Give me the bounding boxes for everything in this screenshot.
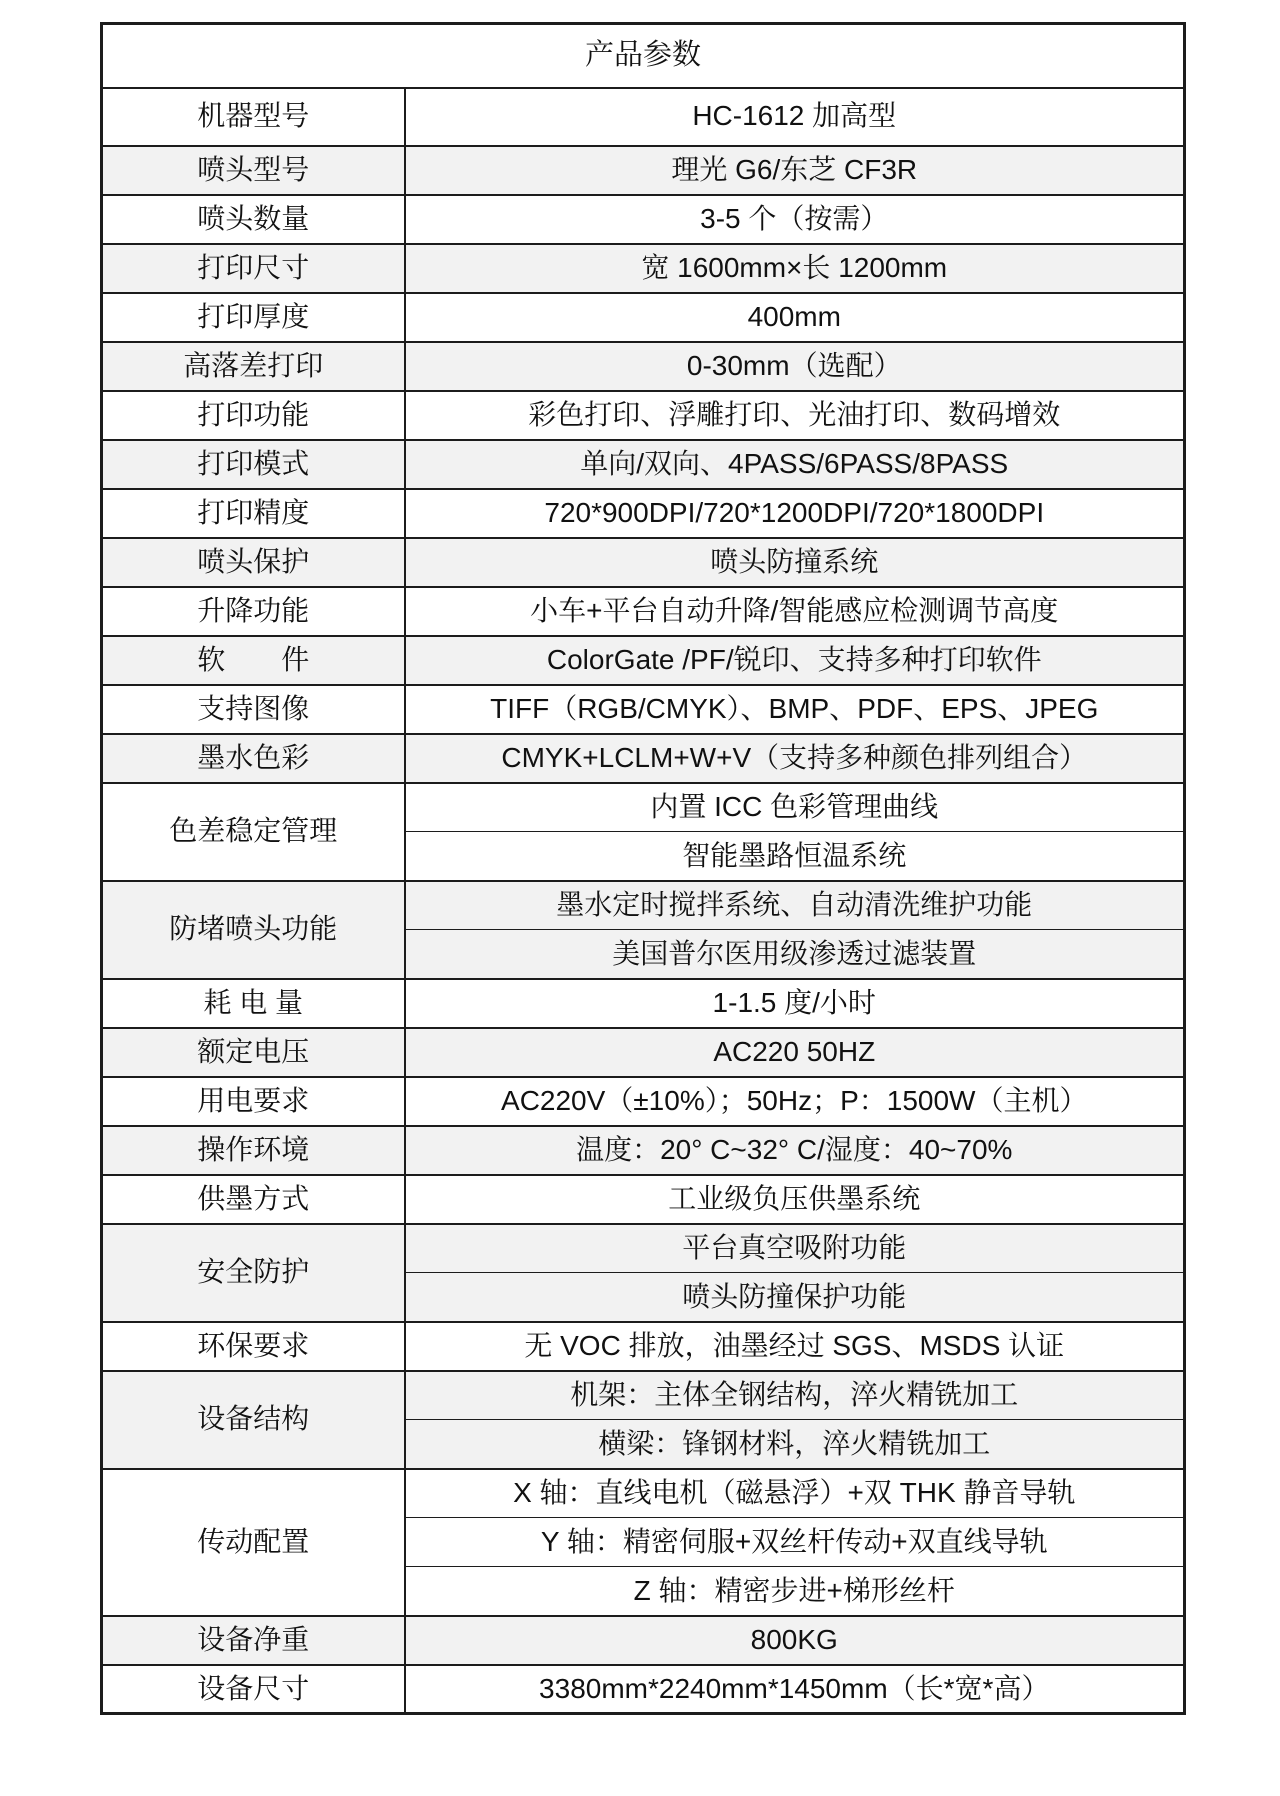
spec-label: 用电要求 xyxy=(102,1077,405,1126)
spec-label: 安全防护 xyxy=(102,1224,405,1322)
spec-row: 支持图像TIFF（RGB/CMYK）、BMP、PDF、EPS、JPEG xyxy=(102,685,1185,734)
spec-label: 高落差打印 xyxy=(102,342,405,391)
spec-row: 喷头型号理光 G6/东芝 CF3R xyxy=(102,146,1185,195)
spec-value: 彩色打印、浮雕打印、光油打印、数码增效 xyxy=(405,391,1185,440)
spec-value: TIFF（RGB/CMYK）、BMP、PDF、EPS、JPEG xyxy=(405,685,1185,734)
page: 产品参数 机器型号HC-1612 加高型喷头型号理光 G6/东芝 CF3R喷头数… xyxy=(0,0,1280,1796)
spec-label: 打印功能 xyxy=(102,391,405,440)
spec-row: 高落差打印0-30mm（选配） xyxy=(102,342,1185,391)
spec-row: 设备结构机架：主体全钢结构，淬火精铣加工 xyxy=(102,1371,1185,1420)
spec-value: 1-1.5 度/小时 xyxy=(405,979,1185,1028)
spec-value: AC220V（±10%）；50Hz；P：1500W（主机） xyxy=(405,1077,1185,1126)
spec-value: 400mm xyxy=(405,293,1185,342)
spec-row: 打印模式单向/双向、4PASS/6PASS/8PASS xyxy=(102,440,1185,489)
spec-value: 喷头防撞系统 xyxy=(405,538,1185,587)
spec-value: 单向/双向、4PASS/6PASS/8PASS xyxy=(405,440,1185,489)
spec-value: 智能墨路恒温系统 xyxy=(405,832,1185,881)
spec-row: 墨水色彩CMYK+LCLM+W+V（支持多种颜色排列组合） xyxy=(102,734,1185,783)
spec-value: 无 VOC 排放，油墨经过 SGS、MSDS 认证 xyxy=(405,1322,1185,1371)
spec-value: 3380mm*2240mm*1450mm（长*宽*高） xyxy=(405,1665,1185,1714)
spec-row: 喷头保护喷头防撞系统 xyxy=(102,538,1185,587)
spec-value: 温度：20° C~32° C/湿度：40~70% xyxy=(405,1126,1185,1175)
spec-value: CMYK+LCLM+W+V（支持多种颜色排列组合） xyxy=(405,734,1185,783)
spec-label: 升降功能 xyxy=(102,587,405,636)
spec-value: 工业级负压供墨系统 xyxy=(405,1175,1185,1224)
spec-label: 支持图像 xyxy=(102,685,405,734)
page-title: 产品参数 xyxy=(102,24,1185,88)
spec-value: 内置 ICC 色彩管理曲线 xyxy=(405,783,1185,832)
spec-row: 喷头数量3-5 个（按需） xyxy=(102,195,1185,244)
spec-label: 软 件 xyxy=(102,636,405,685)
spec-value: X 轴：直线电机（磁悬浮）+双 THK 静音导轨 xyxy=(405,1469,1185,1518)
spec-value: 横梁：锋钢材料，淬火精铣加工 xyxy=(405,1420,1185,1469)
spec-row: 软 件ColorGate /PF/锐印、支持多种打印软件 xyxy=(102,636,1185,685)
spec-row: 机器型号HC-1612 加高型 xyxy=(102,88,1185,146)
spec-label: 额定电压 xyxy=(102,1028,405,1077)
spec-row: 设备尺寸3380mm*2240mm*1450mm（长*宽*高） xyxy=(102,1665,1185,1714)
spec-row: 打印厚度400mm xyxy=(102,293,1185,342)
spec-label: 喷头数量 xyxy=(102,195,405,244)
spec-value: AC220 50HZ xyxy=(405,1028,1185,1077)
spec-value: 美国普尔医用级渗透过滤装置 xyxy=(405,930,1185,979)
spec-row: 设备净重800KG xyxy=(102,1616,1185,1665)
spec-value: 理光 G6/东芝 CF3R xyxy=(405,146,1185,195)
spec-row: 打印精度720*900DPI/720*1200DPI/720*1800DPI xyxy=(102,489,1185,538)
spec-row: 升降功能小车+平台自动升降/智能感应检测调节高度 xyxy=(102,587,1185,636)
spec-label: 机器型号 xyxy=(102,88,405,146)
spec-label: 色差稳定管理 xyxy=(102,783,405,881)
spec-label: 打印尺寸 xyxy=(102,244,405,293)
spec-label: 打印模式 xyxy=(102,440,405,489)
spec-label: 喷头型号 xyxy=(102,146,405,195)
spec-label: 防堵喷头功能 xyxy=(102,881,405,979)
spec-value: 720*900DPI/720*1200DPI/720*1800DPI xyxy=(405,489,1185,538)
spec-row: 色差稳定管理内置 ICC 色彩管理曲线 xyxy=(102,783,1185,832)
spec-label: 环保要求 xyxy=(102,1322,405,1371)
spec-row: 打印尺寸宽 1600mm×长 1200mm xyxy=(102,244,1185,293)
spec-value: 小车+平台自动升降/智能感应检测调节高度 xyxy=(405,587,1185,636)
spec-value: 墨水定时搅拌系统、自动清洗维护功能 xyxy=(405,881,1185,930)
table-title-row: 产品参数 xyxy=(102,24,1185,88)
spec-value: ColorGate /PF/锐印、支持多种打印软件 xyxy=(405,636,1185,685)
spec-row: 供墨方式工业级负压供墨系统 xyxy=(102,1175,1185,1224)
spec-value: 宽 1600mm×长 1200mm xyxy=(405,244,1185,293)
spec-row: 耗 电 量1-1.5 度/小时 xyxy=(102,979,1185,1028)
spec-label: 设备净重 xyxy=(102,1616,405,1665)
spec-value: 800KG xyxy=(405,1616,1185,1665)
spec-value: 3-5 个（按需） xyxy=(405,195,1185,244)
spec-label: 设备尺寸 xyxy=(102,1665,405,1714)
spec-label: 喷头保护 xyxy=(102,538,405,587)
spec-label: 耗 电 量 xyxy=(102,979,405,1028)
spec-value: 0-30mm（选配） xyxy=(405,342,1185,391)
spec-row: 传动配置X 轴：直线电机（磁悬浮）+双 THK 静音导轨 xyxy=(102,1469,1185,1518)
spec-row: 额定电压AC220 50HZ xyxy=(102,1028,1185,1077)
spec-label: 传动配置 xyxy=(102,1469,405,1616)
spec-label: 打印厚度 xyxy=(102,293,405,342)
spec-row: 打印功能彩色打印、浮雕打印、光油打印、数码增效 xyxy=(102,391,1185,440)
spec-value: 平台真空吸附功能 xyxy=(405,1224,1185,1273)
spec-value: 机架：主体全钢结构，淬火精铣加工 xyxy=(405,1371,1185,1420)
spec-value: Y 轴：精密伺服+双丝杆传动+双直线导轨 xyxy=(405,1518,1185,1567)
product-spec-sheet: 产品参数 机器型号HC-1612 加高型喷头型号理光 G6/东芝 CF3R喷头数… xyxy=(100,22,1186,1715)
spec-label: 操作环境 xyxy=(102,1126,405,1175)
spec-row: 安全防护平台真空吸附功能 xyxy=(102,1224,1185,1273)
product-spec-table: 产品参数 机器型号HC-1612 加高型喷头型号理光 G6/东芝 CF3R喷头数… xyxy=(100,22,1186,1715)
spec-value: 喷头防撞保护功能 xyxy=(405,1273,1185,1322)
spec-value: HC-1612 加高型 xyxy=(405,88,1185,146)
spec-row: 环保要求无 VOC 排放，油墨经过 SGS、MSDS 认证 xyxy=(102,1322,1185,1371)
spec-row: 防堵喷头功能墨水定时搅拌系统、自动清洗维护功能 xyxy=(102,881,1185,930)
spec-label: 供墨方式 xyxy=(102,1175,405,1224)
spec-label: 打印精度 xyxy=(102,489,405,538)
spec-row: 操作环境温度：20° C~32° C/湿度：40~70% xyxy=(102,1126,1185,1175)
spec-table-body: 产品参数 机器型号HC-1612 加高型喷头型号理光 G6/东芝 CF3R喷头数… xyxy=(102,24,1185,1714)
spec-row: 用电要求AC220V（±10%）；50Hz；P：1500W（主机） xyxy=(102,1077,1185,1126)
spec-label: 设备结构 xyxy=(102,1371,405,1469)
spec-value: Z 轴：精密步进+梯形丝杆 xyxy=(405,1567,1185,1616)
spec-label: 墨水色彩 xyxy=(102,734,405,783)
